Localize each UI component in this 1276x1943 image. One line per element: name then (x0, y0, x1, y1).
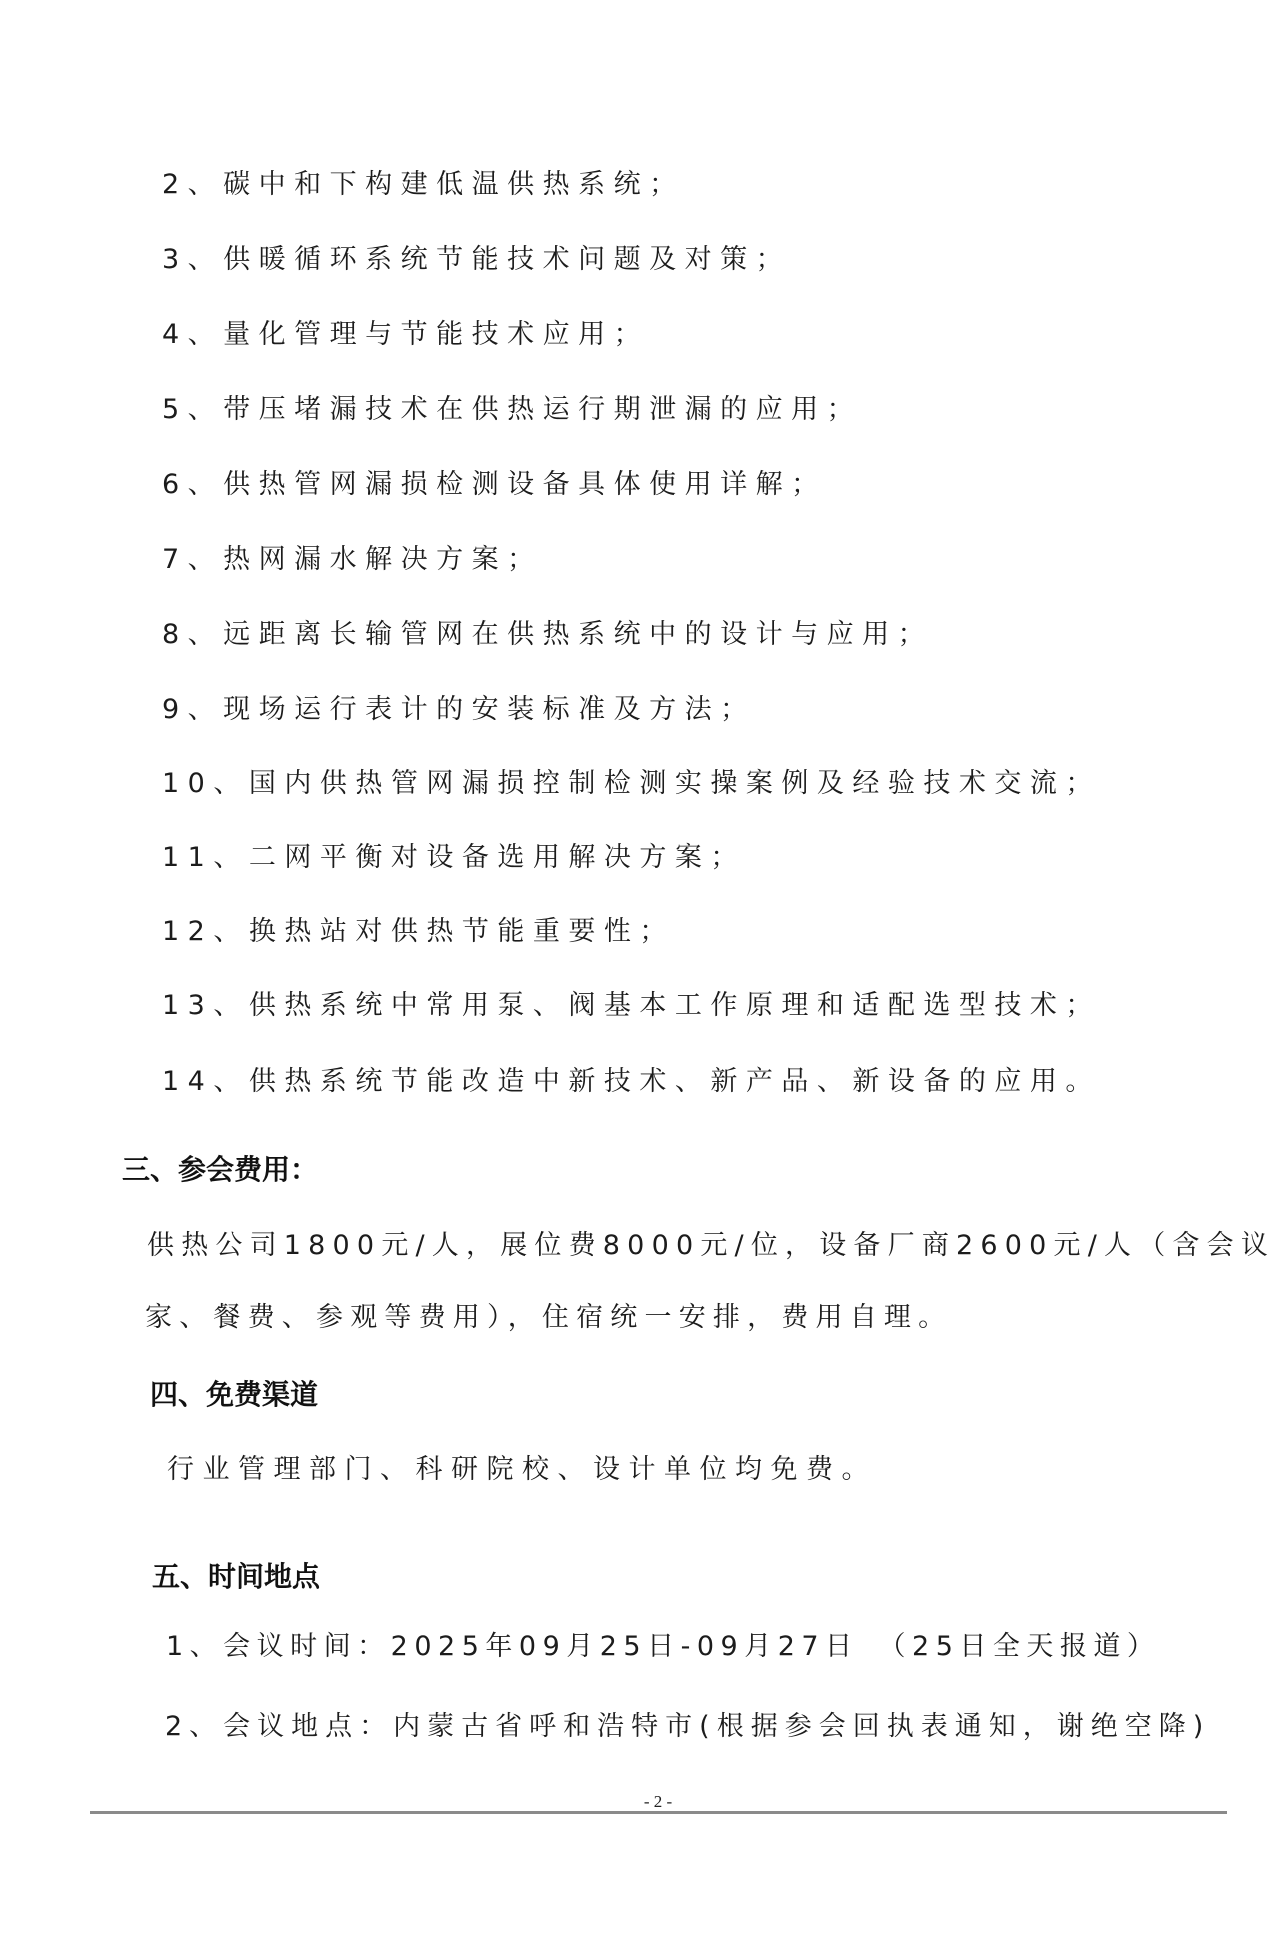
meeting-location: 2、会议地点：内蒙古省呼和浩特市(根据参会回执表通知，谢绝空降) (165, 1709, 1210, 1745)
section-heading-time-place: 五、时间地点 (152, 1559, 320, 1595)
section-heading-free-channel: 四、免费渠道 (150, 1377, 318, 1413)
section-heading-fees: 三、参会费用： (122, 1152, 318, 1188)
topic-item-2: 2、碳中和下构建低温供热系统； (162, 167, 685, 203)
topic-item-11: 11、二网平衡对设备选用解决方案； (162, 840, 746, 876)
footer-divider (90, 1811, 1227, 1814)
topic-item-8: 8、远距离长输管网在供热系统中的设计与应用； (162, 617, 933, 653)
fees-body-line-2: 家、餐费、参观等费用），住宿统一安排，费用自理。 (145, 1300, 952, 1336)
document-page: 2、碳中和下构建低温供热系统； 3、供暖循环系统节能技术问题及对策； 4、量化管… (0, 0, 1276, 1943)
topic-item-13: 13、供热系统中常用泵、阀基本工作原理和适配选型技术； (162, 988, 1101, 1024)
topic-item-5: 5、带压堵漏技术在供热运行期泄漏的应用； (162, 392, 862, 428)
free-channel-body: 行业管理部门、科研院校、设计单位均免费。 (167, 1452, 877, 1488)
topic-item-9: 9、现场运行表计的安装标准及方法； (162, 692, 756, 728)
topic-item-12: 12、换热站对供热节能重要性； (162, 914, 675, 950)
fees-body-line-1: 供热公司1800元/人，展位费8000元/位，设备厂商2600元/人（含会议专 (147, 1228, 1276, 1264)
topic-item-7: 7、热网漏水解决方案； (162, 542, 543, 578)
topic-item-3: 3、供暖循环系统节能技术问题及对策； (162, 242, 791, 278)
topic-item-14: 14、供热系统节能改造中新技术、新产品、新设备的应用。 (162, 1064, 1101, 1100)
meeting-time: 1、会议时间：2025年09月25日-09月27日 （25日全天报道） (166, 1629, 1160, 1665)
topic-item-6: 6、供热管网漏损检测设备具体使用详解； (162, 467, 827, 503)
topic-item-4: 4、量化管理与节能技术应用； (162, 317, 649, 353)
topic-item-10: 10、国内供热管网漏损控制检测实操案例及经验技术交流； (162, 766, 1101, 802)
